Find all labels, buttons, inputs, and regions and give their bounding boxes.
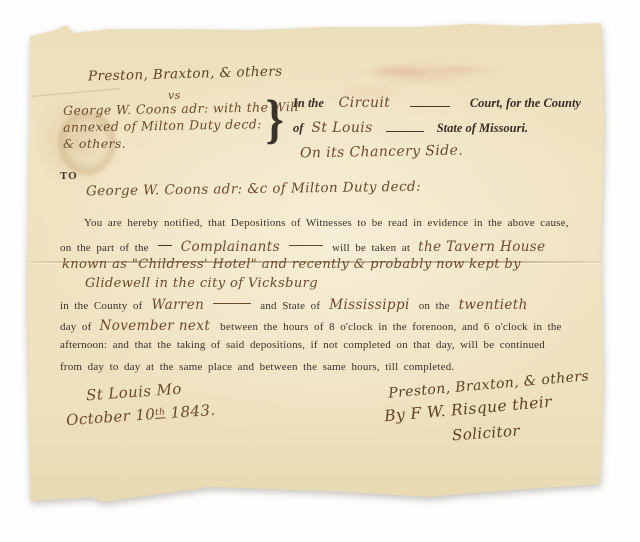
scanned-document-view: Preston, Braxton, & others vs George W. … [0,0,640,542]
paper-shadow-wrap: Preston, Braxton, & others vs George W. … [0,0,640,542]
plaintiffs-line: Preston, Braxton, & others [88,63,283,84]
body-line-2-printed-b: will be taken at [332,242,410,254]
defendant-line-2: annexed of Milton Duty decd: [63,116,262,134]
court-name-handwritten: Circuit [339,95,391,111]
defendant-line-1: George W. Coons adr: with the Will [63,99,299,118]
body-line-5-printed-a: in the County of [60,300,143,312]
crease-line-top [32,88,120,97]
dateline-date: October 10th 1843. [66,401,217,429]
body-line-3-handwritten: known as "Childress' Hotel" and recently… [62,257,521,272]
date-prefix: October 10 [66,405,156,429]
body-line-6-printed-a: day of [60,321,92,333]
court-line-1: In the Circuit Court, for the County [293,95,581,111]
document-paper: Preston, Braxton, & others vs George W. … [0,0,640,542]
body-line-5-printed-c: on the [419,300,450,312]
body-line-4-handwritten: Glidewell in the city of Vicksburg [85,276,318,291]
county-handwritten: St Louis [311,120,372,136]
body-line-7: afternoon: and that the taking of said d… [60,339,545,351]
caption-brace: } [266,92,284,146]
body-line-5: in the County of Warren and State of Mis… [60,296,528,314]
body-line-1: You are hereby notified, that Deposition… [84,217,569,229]
addressee-line: George W. Coons adr: &c of Milton Duty d… [86,179,421,200]
body-line-5-printed-b: and State of [260,300,320,312]
body-line-6: day of November next between the hours o… [60,317,562,335]
to-label: TO [60,170,78,182]
of-label: of [293,121,303,136]
dateline-place: St Louis Mo [85,380,182,405]
month-handwritten: November next [100,318,211,334]
date-ordinal-suffix: th [155,407,166,419]
ink-bleed-smudge [352,58,502,84]
body-line-2: on the part of the Complainants will be … [60,238,546,256]
dash-rule [213,303,251,304]
complainants-handwritten: Complainants [181,239,280,255]
county-name-handwritten: Warren [152,297,205,313]
day-word-handwritten: twentieth [459,297,528,313]
signature-party: Preston, Braxton, & others [388,368,590,401]
tavern-house-handwritten: the Tavern House [418,239,545,255]
state-label: State of Missouri. [437,121,528,136]
court-line-2: of St Louis State of Missouri. [293,120,543,136]
chancery-line: On its Chancery Side. [300,143,463,162]
dash-rule [289,245,323,246]
dash-rule [386,131,424,132]
dash-rule [158,245,172,246]
defendant-line-3: & others. [63,136,126,151]
court-county-label: Court, for the County [470,96,581,111]
body-line-2-printed-a: on the part of the [60,242,149,254]
signature-title: Solicitor [451,422,520,445]
date-year: 1843. [170,401,216,422]
in-the-label: In the [293,96,324,111]
state-name-handwritten: Mississippi [329,297,410,313]
dash-rule [410,106,450,107]
body-line-6-printed-b: between the hours of 8 o'clock in the fo… [220,321,561,333]
body-line-8: from day to day at the same place and be… [60,361,454,373]
